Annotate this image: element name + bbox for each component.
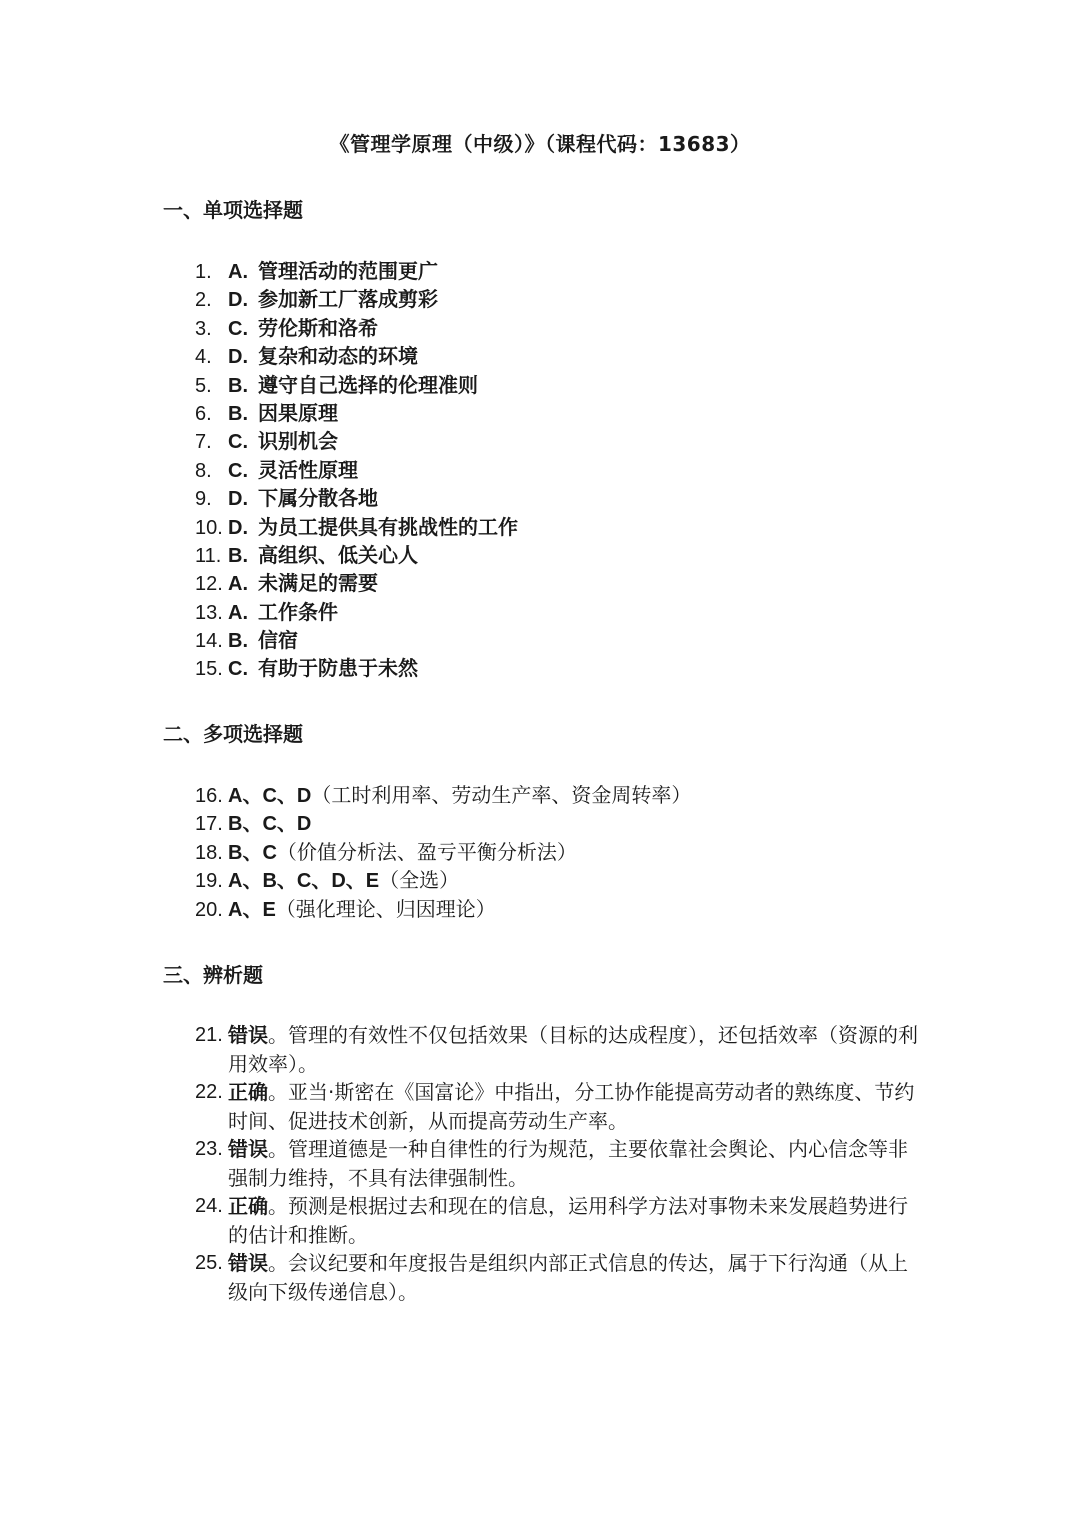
verdict-label: 正确: [228, 1194, 268, 1218]
list-item: 5.B.遵守自己选择的伦理准则: [195, 371, 518, 399]
list-item: 24.正确。预测是根据过去和现在的信息，运用科学方法对事物未来发展趋势进行的估计…: [195, 1192, 918, 1249]
list-item: 11.B.高组织、低关心人: [195, 541, 518, 569]
list-item: 15.C.有助于防患于未然: [195, 654, 518, 682]
list-item: 13.A.工作条件: [195, 598, 518, 626]
list-item: 21.错误。管理的有效性不仅包括效果（目标的达成程度），还包括效率（资源的利用效…: [195, 1021, 918, 1078]
verdict-label: 错误: [228, 1023, 268, 1047]
list-item: 14.B.信宿: [195, 626, 518, 654]
list-item: 12.A.未满足的需要: [195, 569, 518, 597]
list-item: 3.C.劳伦斯和洛希: [195, 314, 518, 342]
analysis-list: 21.错误。管理的有效性不仅包括效果（目标的达成程度），还包括效率（资源的利用效…: [195, 1021, 918, 1306]
verdict-label: 错误: [228, 1251, 268, 1275]
verdict-label: 错误: [228, 1137, 268, 1161]
document-title: 《管理学原理（中级）》（课程代码：13683）: [0, 128, 1080, 157]
verdict-label: 正确: [228, 1080, 268, 1104]
list-item: 8.C.灵活性原理: [195, 456, 518, 484]
section-heading-analysis: 三、辨析题: [163, 959, 263, 988]
multiple-choice-list: 16.A、C、D（工时利用率、劳动生产率、资金周转率） 17.B、C、D 18.…: [195, 781, 691, 923]
list-item: 19.A、B、C、D、E（全选）: [195, 866, 691, 894]
list-item: 22.正确。亚当·斯密在《国富论》中指出，分工协作能提高劳动者的熟练度、节约时间…: [195, 1078, 918, 1135]
list-item: 10.D.为员工提供具有挑战性的工作: [195, 513, 518, 541]
section-heading-single-choice: 一、单项选择题: [163, 194, 303, 223]
list-item: 9.D.下属分散各地: [195, 484, 518, 512]
list-item: 2.D.参加新工厂落成剪彩: [195, 285, 518, 313]
list-item: 7.C.识别机会: [195, 427, 518, 455]
list-item: 6.B.因果原理: [195, 399, 518, 427]
section-heading-multiple-choice: 二、多项选择题: [163, 718, 303, 747]
list-item: 16.A、C、D（工时利用率、劳动生产率、资金周转率）: [195, 781, 691, 809]
single-choice-list: 1.A.管理活动的范围更广 2.D.参加新工厂落成剪彩 3.C.劳伦斯和洛希 4…: [195, 257, 518, 683]
list-item: 17.B、C、D: [195, 809, 691, 837]
list-item: 23.错误。管理道德是一种自律性的行为规范，主要依靠社会舆论、内心信念等非强制力…: [195, 1135, 918, 1192]
list-item: 1.A.管理活动的范围更广: [195, 257, 518, 285]
list-item: 25.错误。会议纪要和年度报告是组织内部正式信息的传达，属于下行沟通（从上级向下…: [195, 1249, 918, 1306]
list-item: 20.A、E（强化理论、归因理论）: [195, 895, 691, 923]
list-item: 18.B、C（价值分析法、盈亏平衡分析法）: [195, 838, 691, 866]
list-item: 4.D.复杂和动态的环境: [195, 342, 518, 370]
